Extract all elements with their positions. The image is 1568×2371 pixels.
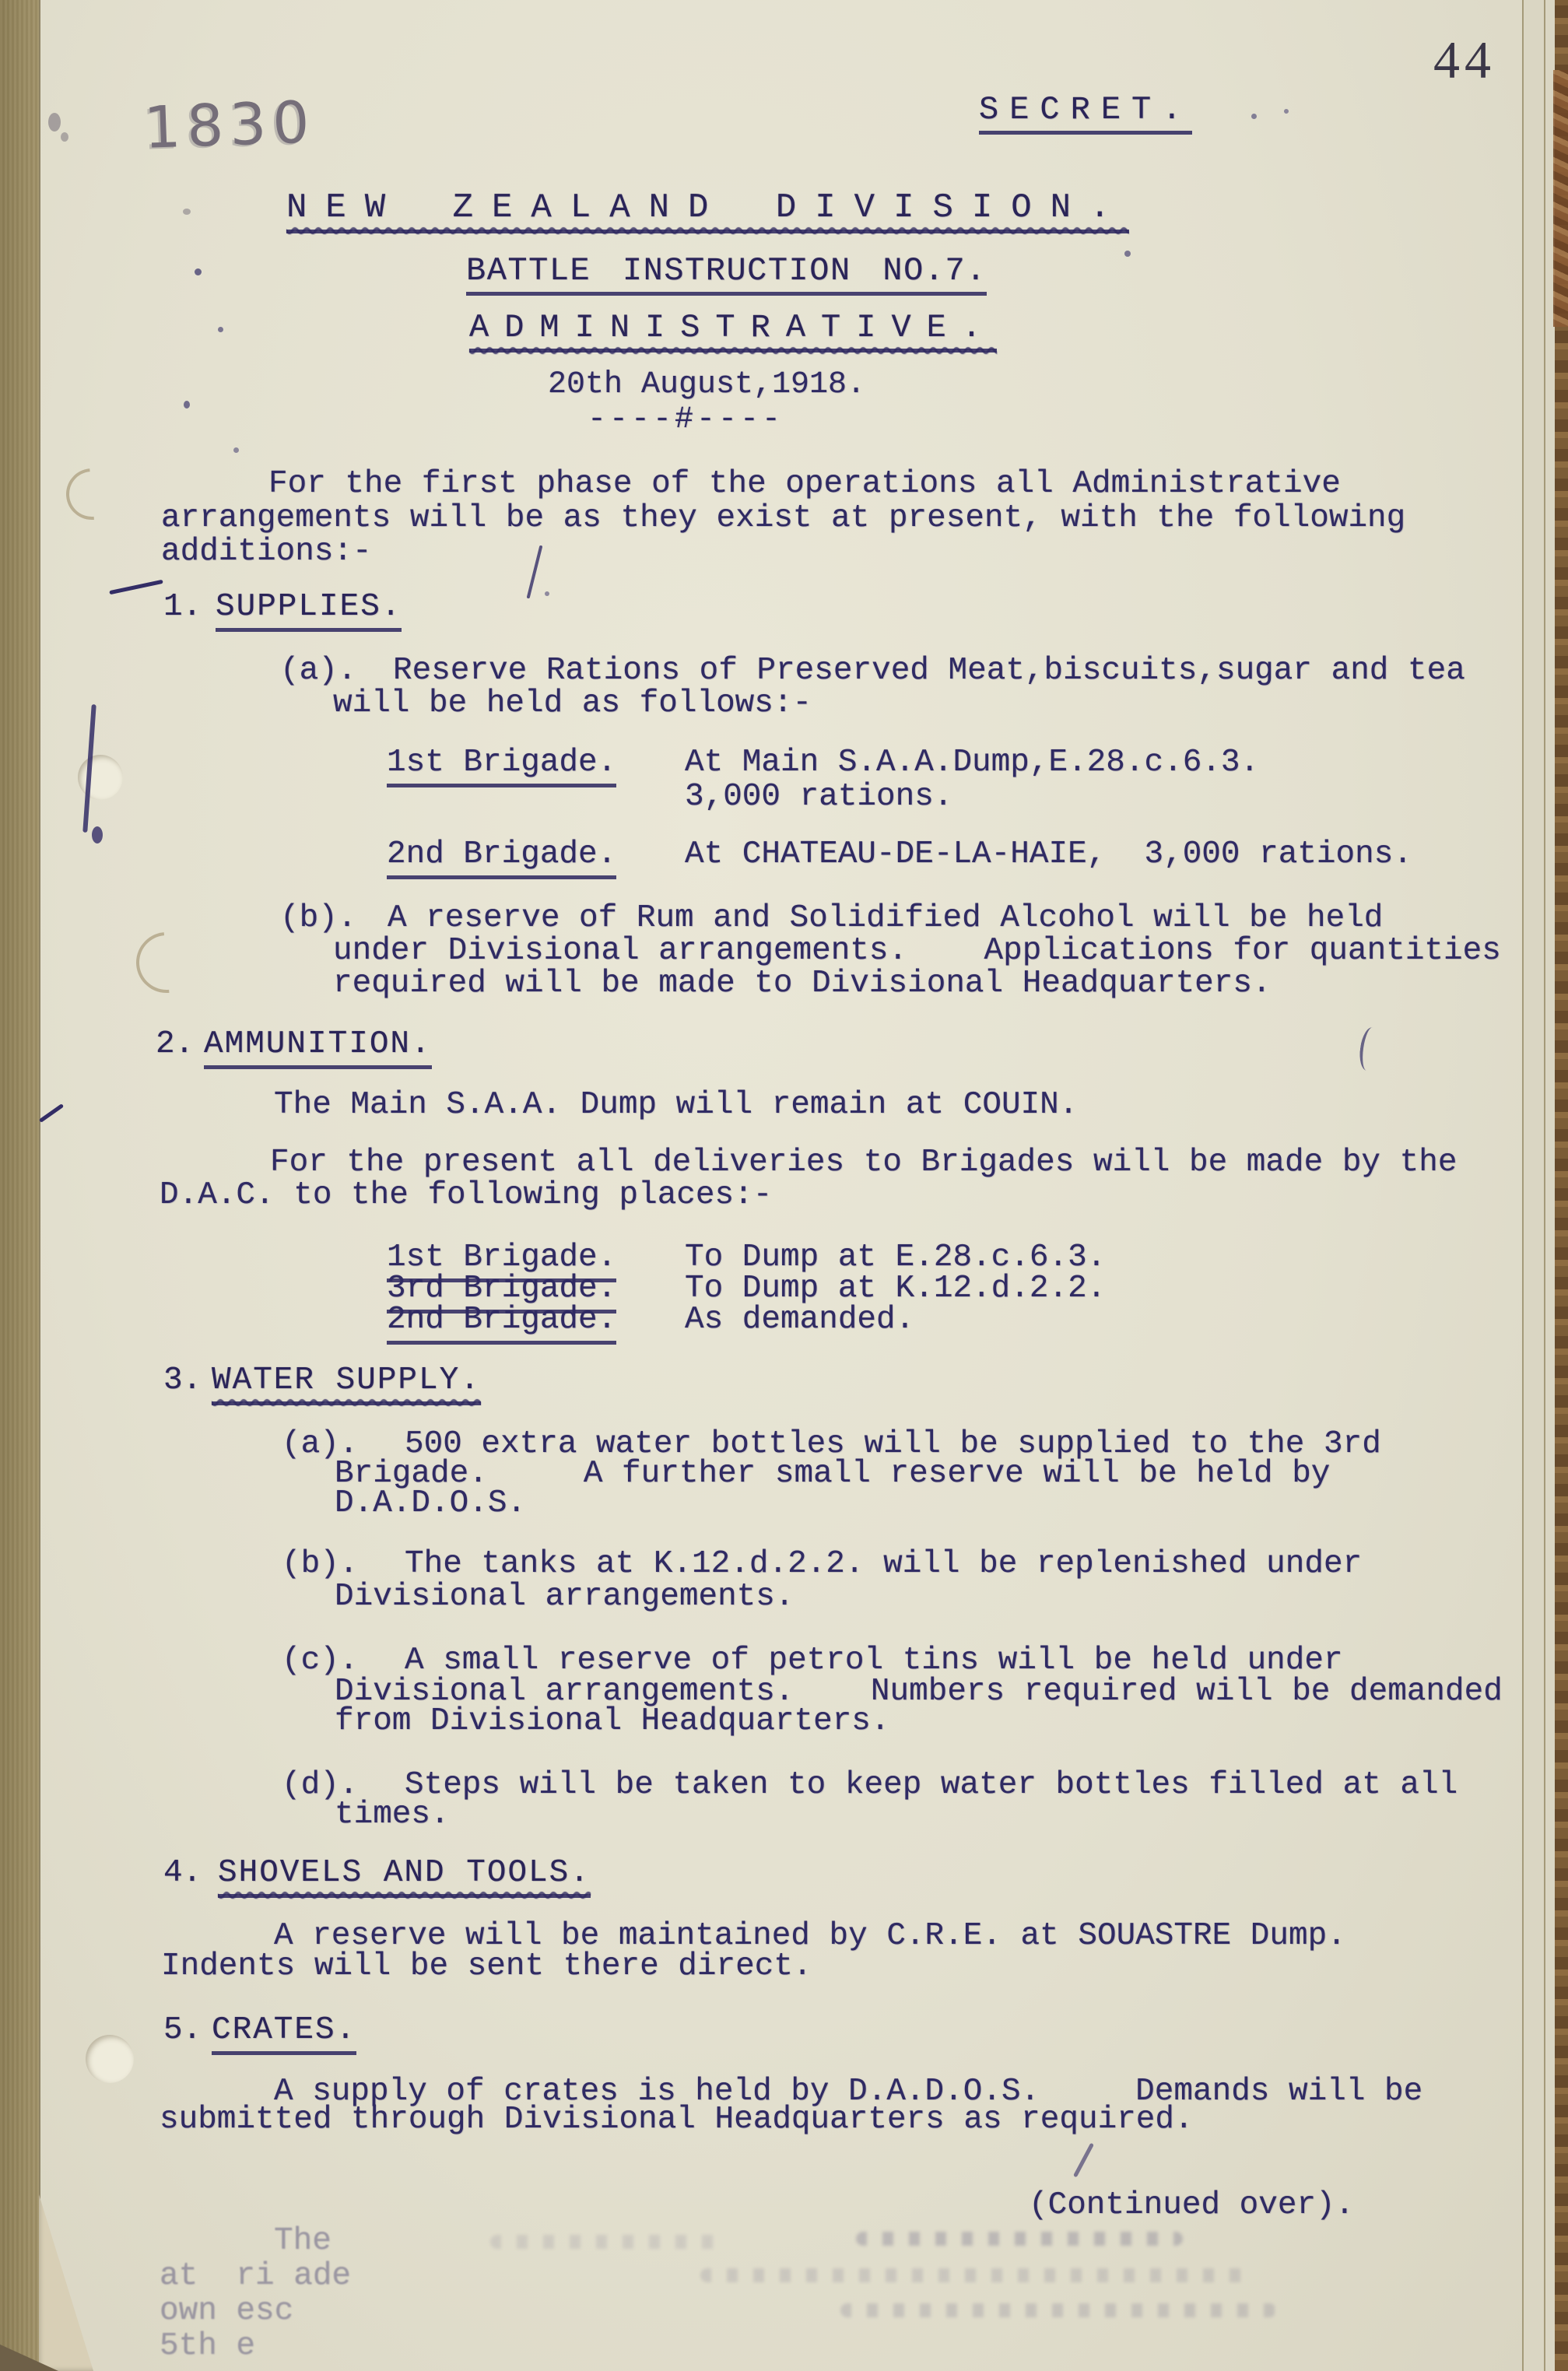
punch-hole [78,755,123,800]
ink-speck [1124,251,1131,257]
section-water-number: 3. [163,1363,202,1399]
water-d-line1: Steps will be taken to keep water bottle… [405,1768,1458,1804]
supplies-b-line1: A reserve of Rum and Solidified Alcohol … [388,901,1383,937]
doc-subtitle: ADMINISTRATIVE. [469,310,997,352]
supplies-brigade1-text: At Main S.A.A.Dump,E.28.c.6.3. [685,745,1259,781]
water-a-line3: D.A.D.O.S. [335,1486,526,1522]
doc-title: BATTLE INSTRUCTION NO.7. [466,253,987,296]
supplies-brigade2-text: At CHATEAU-DE-LA-HAIE, 3,000 rations. [685,837,1412,873]
section-supplies-number: 1. [163,590,202,626]
section-shovels-number: 4. [163,1856,202,1892]
classification-stamp: SECRET. [979,92,1192,135]
ink-speck [545,591,549,596]
supplies-a-line1: Reserve Rations of Preserved Meat,biscui… [393,654,1465,689]
water-c-line3: from Divisional Headquarters. [335,1704,890,1740]
ink-blob [92,826,103,844]
section-supplies-heading: SUPPLIES. [216,590,402,632]
doc-date: 20th August,1918. [548,368,865,403]
page-stack-edges [1522,0,1555,2371]
ghost-smudge [856,2232,1183,2246]
intro-line-3: additions:- [161,535,372,570]
continued-note: (Continued over). [1029,2188,1354,2224]
pencil-number: 1830 [143,89,317,162]
page-edge-line [1522,0,1524,2371]
book-cover-edge [1555,0,1568,2371]
ink-speck [195,268,202,275]
water-b-line1: The tanks at K.12.d.2.2. will be repleni… [405,1547,1362,1583]
ghost-smudge [840,2303,1276,2317]
cover-corner-blotch [1553,70,1568,327]
ammo-row3-text: As demanded. [685,1303,914,1338]
ink-speck [184,401,190,409]
ammunition-p1: The Main S.A.A. Dump will remain at COUI… [274,1088,1078,1124]
org-title: NEW ZEALAND DIVISION. [286,189,1129,233]
supplies-brigade1-rations: 3,000 rations. [685,780,952,815]
pencil-scribble [61,132,68,142]
pencil-scribble [48,113,61,132]
section-shovels-heading: SHOVELS AND TOOLS. [218,1856,591,1898]
supplies-a-label: (a). [280,654,356,689]
intro-line-2: arrangements will be as they exist at pr… [161,501,1405,537]
water-d-line2: times. [335,1798,450,1833]
ink-speck [218,327,223,332]
ink-speck [1284,109,1289,114]
section-ammunition-heading: AMMUNITION. [204,1027,432,1069]
ink-speck [1251,114,1257,119]
ammo-row3-label: 2nd Brigade. [387,1303,616,1345]
water-b-label: (b). [282,1547,358,1583]
ghost-smudge [490,2235,724,2249]
section-crates-number: 5. [163,2013,202,2049]
page-edge-line [1544,0,1545,2371]
document-scan: 1830 44 SECRET. NEW ZEALAND DIVISION. BA… [0,0,1568,2371]
supplies-b-line2: under Divisional arrangements. Applicati… [333,934,1501,970]
pencil-scribble [183,209,191,215]
binding-edge [0,0,40,2371]
page-number: 44 [1433,30,1496,91]
supplies-a-line2: will be held as follows:- [333,686,812,722]
supplies-brigade2-label: 2nd Brigade. [387,837,616,879]
supplies-b-line3: required will be made to Divisional Head… [333,966,1272,1002]
crates-line2: submitted through Divisional Headquarter… [160,2103,1194,2138]
ammunition-p2-line1: For the present all deliveries to Brigad… [270,1145,1457,1181]
section-crates-heading: CRATES. [212,2013,356,2055]
water-b-line2: Divisional arrangements. [335,1580,795,1615]
shovels-line2: Indents will be sent there direct. [161,1949,812,1985]
ghost-text-line1: The [274,2224,331,2260]
ammunition-p2-line2: D.A.C. to the following places:- [160,1178,772,1214]
intro-line-1: For the first phase of the operations al… [268,467,1341,503]
supplies-brigade1-label: 1st Brigade. [387,745,616,787]
punch-hole [86,2035,134,2083]
supplies-b-label: (b). [280,901,356,937]
ghost-text-line2: at ri ade [160,2259,351,2295]
ghost-text-line3: own esc [160,2294,293,2330]
separator-rule: ----#---- [588,403,784,438]
ghost-text-line4: 5th e [160,2329,255,2365]
section-water-heading: WATER SUPPLY. [212,1363,481,1405]
section-ammunition-number: 2. [156,1027,194,1063]
ink-speck [233,447,239,453]
ghost-smudge [700,2268,1245,2282]
